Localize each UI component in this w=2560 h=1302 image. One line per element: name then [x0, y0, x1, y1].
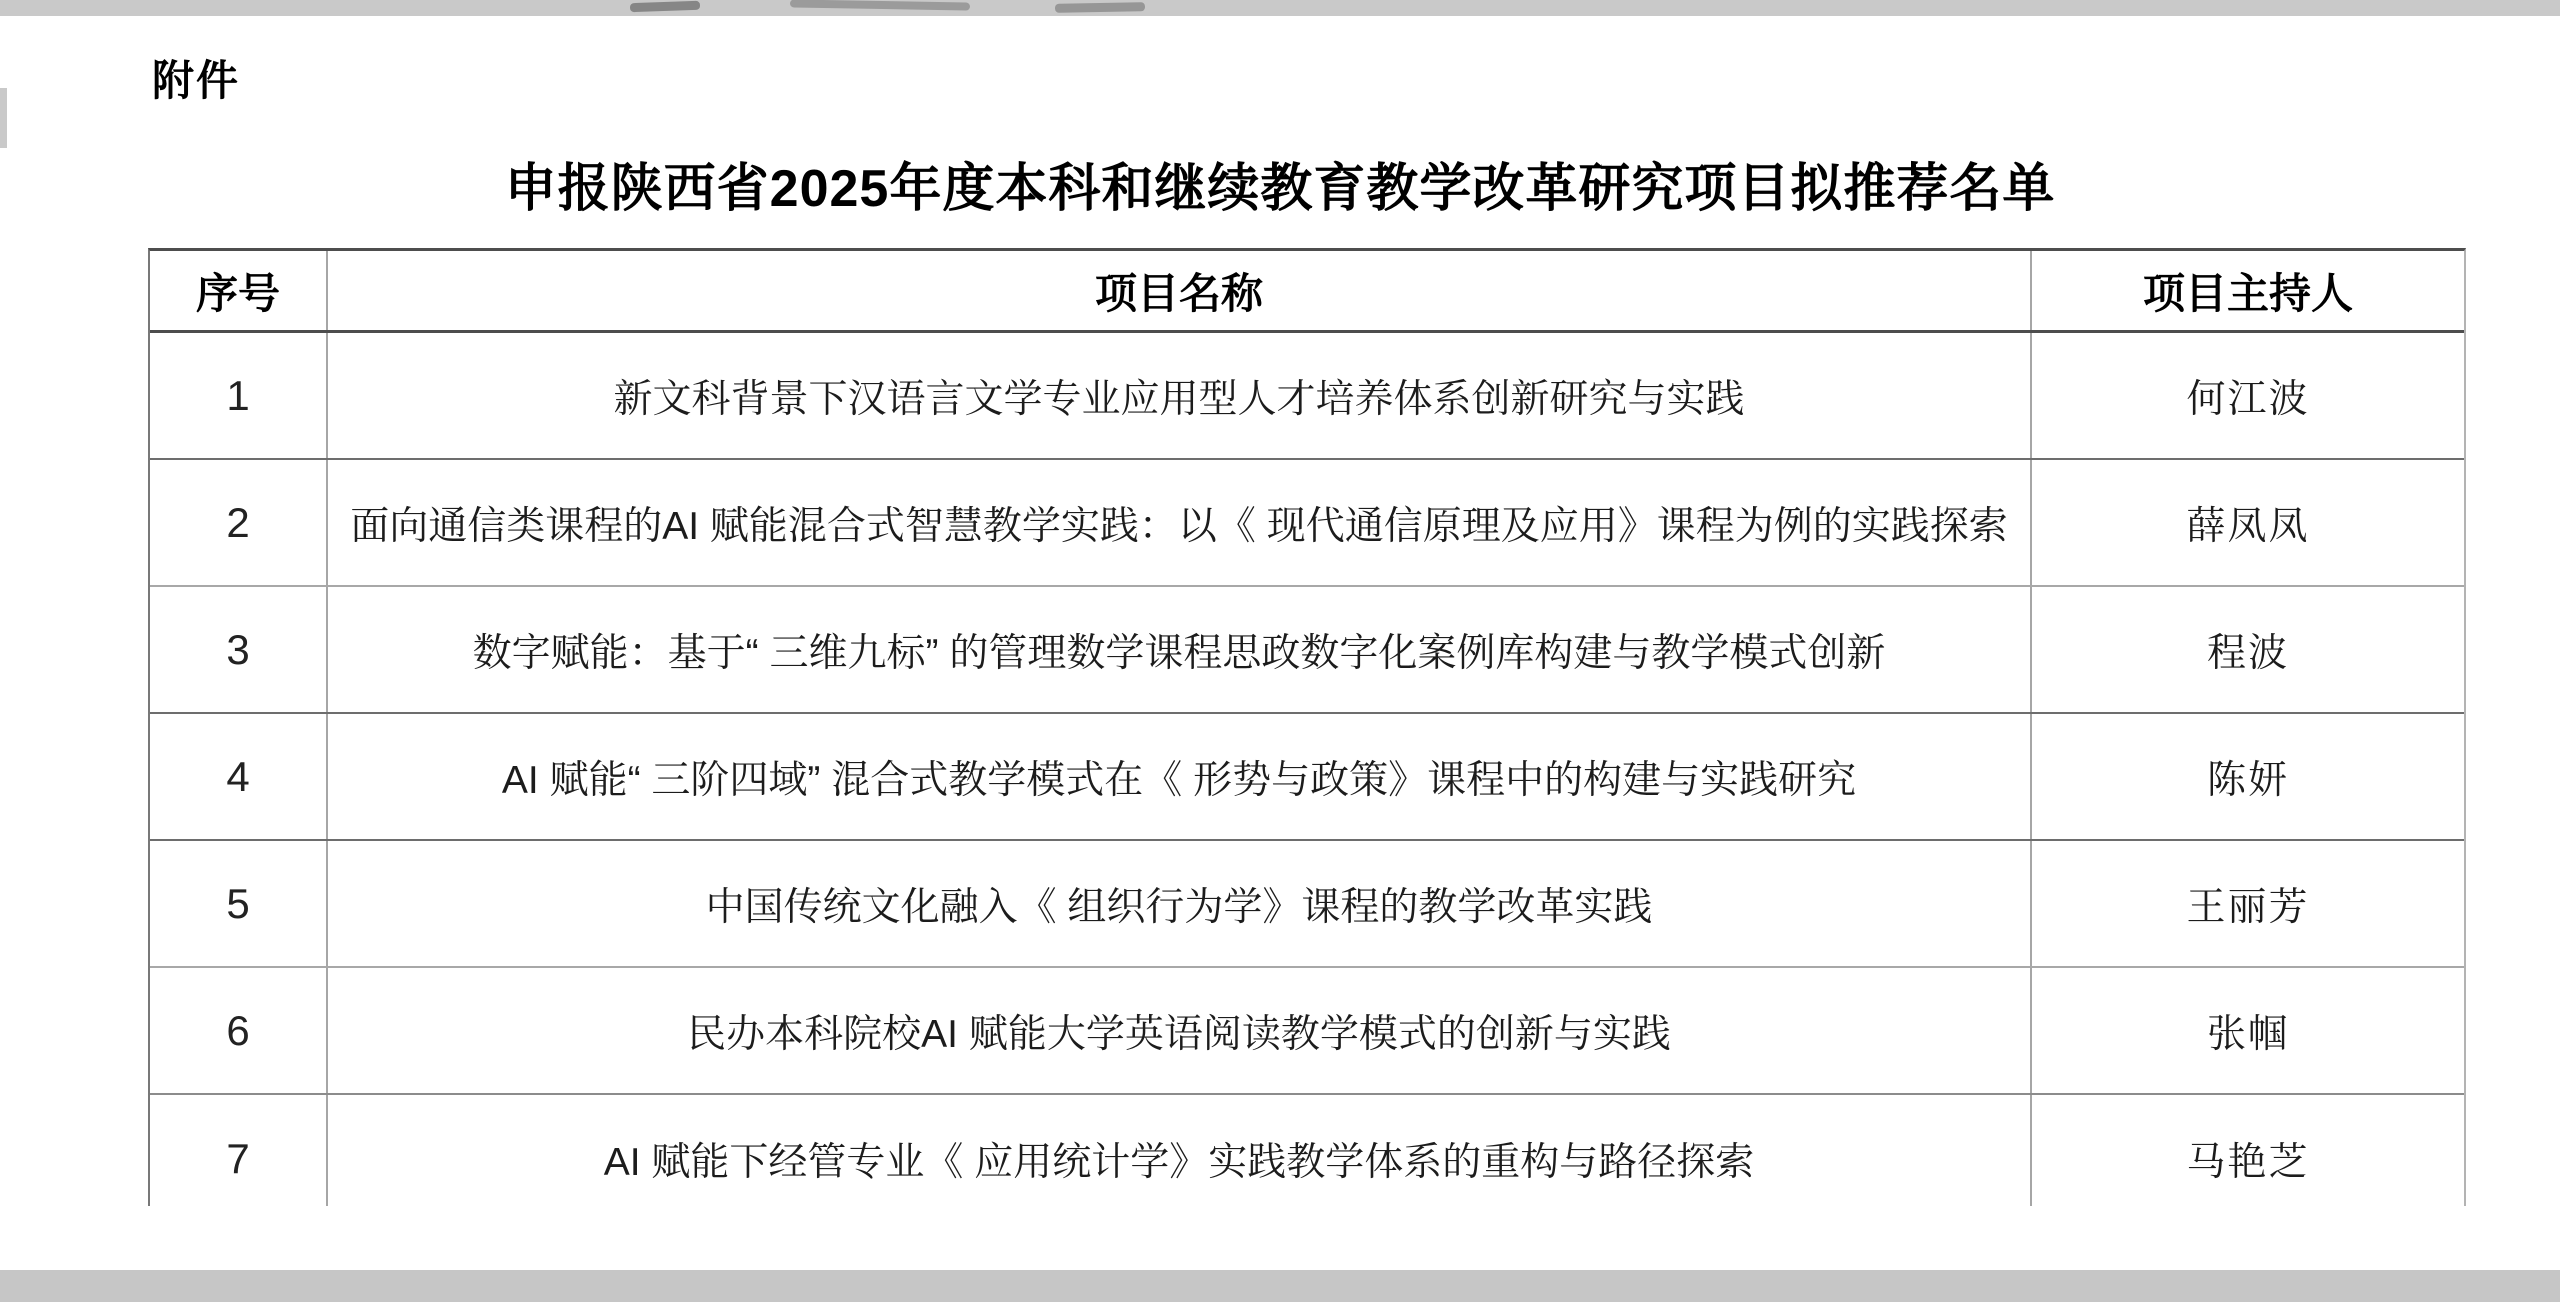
cell-project-name: 民办本科院校AI 赋能大学英语阅读教学模式的创新与实践	[328, 968, 2032, 1093]
scan-artifact	[0, 88, 7, 148]
cell-leader: 何江波	[2032, 333, 2464, 458]
table-row: 6 民办本科院校AI 赋能大学英语阅读教学模式的创新与实践 张帼	[150, 968, 2464, 1095]
header-cell-leader: 项目主持人	[2032, 251, 2464, 330]
table-row: 4 AI 赋能“ 三阶四域” 混合式教学模式在《 形势与政策》课程中的构建与实践…	[150, 714, 2464, 841]
cell-leader: 陈妍	[2032, 714, 2464, 839]
cell-leader: 张帼	[2032, 968, 2464, 1093]
cell-project-name: 中国传统文化融入《 组织行为学》课程的教学改革实践	[328, 841, 2032, 966]
cell-no: 5	[150, 841, 328, 966]
cell-no: 2	[150, 460, 328, 585]
document-page: 附件 申报陕西省2025年度本科和继续教育教学改革研究项目拟推荐名单 序号 项目…	[0, 0, 2560, 1302]
scan-artifact	[790, 0, 970, 11]
table-row: 5 中国传统文化融入《 组织行为学》课程的教学改革实践 王丽芳	[150, 841, 2464, 968]
page-title: 申报陕西省2025年度本科和继续教育教学改革研究项目拟推荐名单	[0, 146, 2560, 221]
scan-edge-bottom	[0, 1270, 2560, 1302]
table-row: 2 面向通信类课程的AI 赋能混合式智慧教学实践：以《 现代通信原理及应用》课程…	[150, 460, 2464, 587]
cell-leader: 程波	[2032, 587, 2464, 712]
projects-table: 序号 项目名称 项目主持人 1 新文科背景下汉语言文学专业应用型人才培养体系创新…	[148, 248, 2466, 1206]
scan-artifact	[1055, 2, 1145, 13]
table-row: 7 AI 赋能下经管专业《 应用统计学》实践教学体系的重构与路径探索 马艳芝	[150, 1095, 2464, 1206]
cell-project-name: AI 赋能下经管专业《 应用统计学》实践教学体系的重构与路径探索	[328, 1095, 2032, 1206]
cell-leader: 薛凤凤	[2032, 460, 2464, 585]
attachment-label: 附件	[152, 48, 240, 108]
header-cell-project-name: 项目名称	[328, 251, 2032, 330]
cell-no: 6	[150, 968, 328, 1093]
cell-project-name: 新文科背景下汉语言文学专业应用型人才培养体系创新研究与实践	[328, 333, 2032, 458]
cell-no: 7	[150, 1095, 328, 1206]
cell-project-name: 数字赋能：基于“ 三维九标” 的管理数学课程思政数字化案例库构建与教学模式创新	[328, 587, 2032, 712]
cell-project-name: AI 赋能“ 三阶四域” 混合式教学模式在《 形势与政策》课程中的构建与实践研究	[328, 714, 2032, 839]
cell-no: 1	[150, 333, 328, 458]
cell-leader: 王丽芳	[2032, 841, 2464, 966]
scan-edge-top	[0, 0, 2560, 16]
cell-project-name: 面向通信类课程的AI 赋能混合式智慧教学实践：以《 现代通信原理及应用》课程为例…	[328, 460, 2032, 585]
table-row: 3 数字赋能：基于“ 三维九标” 的管理数学课程思政数字化案例库构建与教学模式创…	[150, 587, 2464, 714]
table-header-row: 序号 项目名称 项目主持人	[150, 251, 2464, 333]
table-row: 1 新文科背景下汉语言文学专业应用型人才培养体系创新研究与实践 何江波	[150, 333, 2464, 460]
cell-no: 3	[150, 587, 328, 712]
cell-no: 4	[150, 714, 328, 839]
header-cell-no: 序号	[150, 251, 328, 330]
scan-artifact	[630, 1, 700, 12]
cell-leader: 马艳芝	[2032, 1095, 2464, 1206]
